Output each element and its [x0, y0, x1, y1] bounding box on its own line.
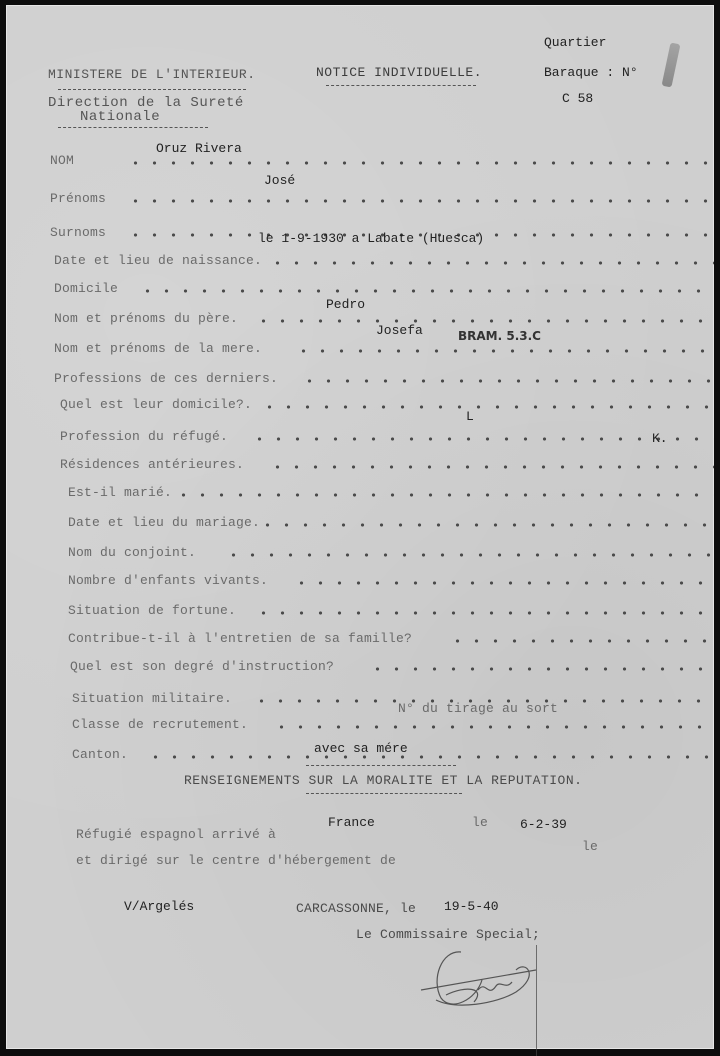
place-date-label: CARCASSONNE, le	[296, 901, 416, 916]
leader-dots	[250, 433, 714, 445]
ministry-underline	[58, 89, 246, 90]
field-label: Quel est leur domicile?.	[60, 397, 252, 412]
check-mark-icon	[662, 42, 681, 87]
leader-dots	[138, 285, 714, 297]
field-value: Oruz Rivera	[156, 141, 242, 156]
leader-dots	[146, 751, 714, 763]
field-value: José	[264, 173, 295, 188]
leader-dots	[268, 257, 714, 269]
field-label: Date et lieu du mariage.	[68, 515, 260, 530]
centre-label: et dirigé sur le centre d'hébergement de	[76, 853, 396, 868]
arrival-date: 6-2-39	[520, 817, 567, 832]
field-label: Date et lieu de naissance.	[54, 253, 262, 268]
field-label: Est-il marié.	[68, 485, 172, 500]
leader-dots	[254, 315, 714, 327]
ministry-heading: MINISTERE DE L'INTERIEUR.	[48, 67, 256, 82]
camp-stamp: BRAM. 5.3.C	[458, 329, 541, 343]
centre-le: le	[582, 839, 598, 854]
section-top-line	[306, 765, 456, 766]
field-label: Résidences antérieures.	[60, 457, 244, 472]
field-value: avec sa mére	[314, 741, 408, 756]
direction-underline	[58, 127, 208, 128]
leader-dots	[368, 663, 714, 675]
arrival-label: Réfugié espagnol arrivé à	[76, 827, 276, 842]
leader-dots	[254, 607, 714, 619]
field-label: Professions de ces derniers.	[54, 371, 278, 386]
notice-title: NOTICE INDIVIDUELLE.	[316, 65, 482, 80]
field-value: Pedro	[326, 297, 365, 312]
field-label: Surnoms	[50, 225, 106, 240]
arrival-le: le	[472, 815, 488, 830]
section-bottom-line	[306, 793, 462, 794]
leader-dots	[272, 721, 714, 733]
field-value: Josefa	[376, 323, 423, 338]
quartier-label: Quartier	[544, 35, 606, 50]
direction-line2: Nationale	[80, 109, 160, 125]
arrival-place: France	[328, 815, 375, 830]
field-value: K.	[652, 431, 668, 446]
field-label: Profession du réfugé.	[60, 429, 228, 444]
leader-dots	[126, 157, 714, 169]
signature-icon	[416, 940, 556, 1020]
field-label: Nom du conjoint.	[68, 545, 196, 560]
signature-date: 19-5-40	[444, 899, 499, 914]
field-label: Nombre d'enfants vivants.	[68, 573, 268, 588]
field-label: Canton.	[72, 747, 128, 762]
leader-dots	[258, 519, 714, 531]
field-label: NOM	[50, 153, 74, 168]
field-label: Classe de recrutement.	[72, 717, 248, 732]
leader-dots	[448, 635, 714, 647]
leader-dots	[300, 375, 714, 387]
field-extra-label: N° du tirage au sort	[398, 701, 558, 716]
leader-dots	[260, 401, 714, 413]
field-label: Quel est son degré d'instruction?	[70, 659, 334, 674]
field-value: L	[466, 409, 474, 424]
field-label: Prénoms	[50, 191, 106, 206]
document-page: MINISTERE DE L'INTERIEUR. Direction de l…	[6, 5, 714, 1049]
field-label: Nom et prénoms du père.	[54, 311, 238, 326]
section-title: RENSEIGNEMENTS SUR LA MORALITE ET LA REP…	[184, 773, 582, 788]
field-label: Situation militaire.	[72, 691, 232, 706]
leader-dots	[126, 195, 714, 207]
fold-line	[536, 945, 537, 1056]
notice-title-underline	[326, 85, 476, 86]
field-label: Contribue-t-il à l'entretien de sa famil…	[68, 631, 412, 646]
field-label: Situation de fortune.	[68, 603, 236, 618]
leader-dots	[268, 461, 714, 473]
leader-dots	[294, 345, 714, 357]
field-label: Nom et prénoms de la mere.	[54, 341, 262, 356]
baraque-value: C 58	[562, 91, 593, 106]
leader-dots	[174, 489, 714, 501]
baraque-label: Baraque : N°	[544, 65, 638, 80]
origin-camp: V/Argelés	[124, 899, 194, 914]
field-value: le 1-9-1930 a Labate (Huesca)	[258, 231, 484, 246]
leader-dots	[292, 577, 714, 589]
field-label: Domicile	[54, 281, 118, 296]
leader-dots	[224, 549, 714, 561]
